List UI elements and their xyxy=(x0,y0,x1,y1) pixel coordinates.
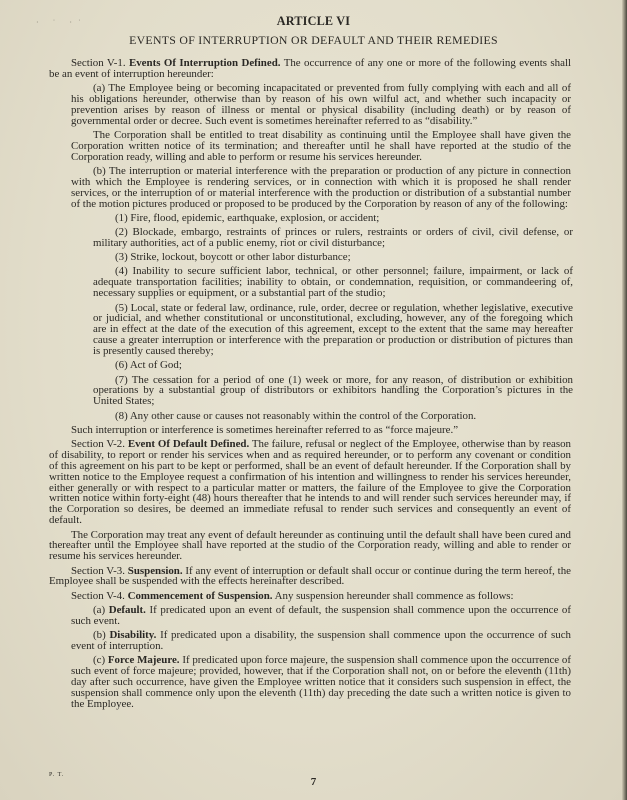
subsection-default: (a) Default. If predicated upon an event… xyxy=(49,605,571,627)
document-body: Section V-1. Events Of Interruption Defi… xyxy=(49,58,571,713)
list-item: (7) The cessation for a period of one (1… xyxy=(49,375,573,408)
list-item: (6) Act of God; xyxy=(49,360,573,371)
section-v4: Section V-4. Commencement of Suspension.… xyxy=(49,591,571,602)
list-item: (5) Local, state or federal law, ordinan… xyxy=(49,303,573,358)
clause-b: (b) The interruption or material interfe… xyxy=(49,166,571,210)
list-item: (1) Fire, flood, epidemic, earthquake, e… xyxy=(49,213,573,224)
clause-a-continuation: The Corporation shall be entitled to tre… xyxy=(49,130,571,163)
section-v3: Section V-3. Suspension. If any event of… xyxy=(49,566,571,588)
page-edge-shadow xyxy=(622,0,627,800)
page-number: 7 xyxy=(0,776,627,788)
article-title: ARTICLE VI xyxy=(0,14,627,29)
section-text: The occurrence of any one or more of the… xyxy=(49,57,571,80)
list-item: (3) Strike, lockout, boycott or other la… xyxy=(49,252,573,263)
section-heading: Commencement of Suspension. xyxy=(128,590,273,602)
section-v2-continuation: The Corporation may treat any event of d… xyxy=(49,530,571,563)
section-text: Any suspension hereunder shall commence … xyxy=(275,590,514,602)
subsection-disability: (b) Disability. If predicated upon a dis… xyxy=(49,630,571,652)
subsection-text: If predicated upon an event of default, … xyxy=(71,604,571,627)
force-majeure-definition: Such interruption or interference is som… xyxy=(49,425,571,436)
subsection-force-majeure: (c) Force Majeure. If predicated upon fo… xyxy=(49,655,571,710)
clause-a: (a) The Employee being or becoming incap… xyxy=(49,83,571,127)
list-item: (2) Blockade, embargo, restraints of pri… xyxy=(49,227,573,249)
section-v2: Section V-2. Event Of Default Defined. T… xyxy=(49,439,571,526)
section-v1: Section V-1. Events Of Interruption Defi… xyxy=(49,58,571,80)
article-subtitle: EVENTS OF INTERRUPTION OR DEFAULT AND TH… xyxy=(0,33,627,48)
section-text: The failure, refusal or neglect of the E… xyxy=(49,438,571,526)
section-label: Section V-4. xyxy=(71,590,125,602)
list-item: (8) Any other cause or causes not reason… xyxy=(49,411,573,422)
list-item: (4) Inability to secure sufficient labor… xyxy=(49,266,573,299)
